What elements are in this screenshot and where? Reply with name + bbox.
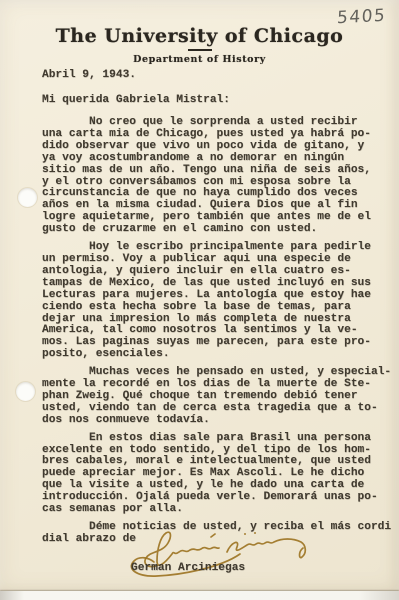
letter-paragraph-4: En estos dias sale para Brasil una perso… (42, 433, 398, 516)
letter-paragraph-2: Hoy le escribo principalmente para pedir… (42, 242, 398, 361)
letter-date: Abril 9, 1943. (42, 70, 136, 82)
letter-page: 5405 The University of Chicago Departmen… (0, 0, 399, 591)
letter-paragraph-3: Muchas veces he pensado en usted, y espe… (42, 367, 398, 427)
letterhead-department: Department of History (0, 54, 399, 65)
letterhead-rule (188, 49, 212, 51)
letter-salutation: Mi querida Gabriela Mistral: (42, 95, 230, 107)
typed-signature-name: German Arciniegas (131, 563, 245, 575)
letterhead-institution: The University of Chicago (0, 25, 399, 47)
letter-paragraph-1: No creo que le sorprenda a usted recibir… (42, 117, 398, 236)
punch-hole-top (18, 188, 37, 207)
letterhead: The University of Chicago Department of … (0, 25, 399, 65)
letter-body: No creo que le sorprenda a usted recibir… (42, 117, 398, 546)
underlying-page-edge (0, 591, 399, 600)
punch-hole-bottom (16, 382, 35, 401)
